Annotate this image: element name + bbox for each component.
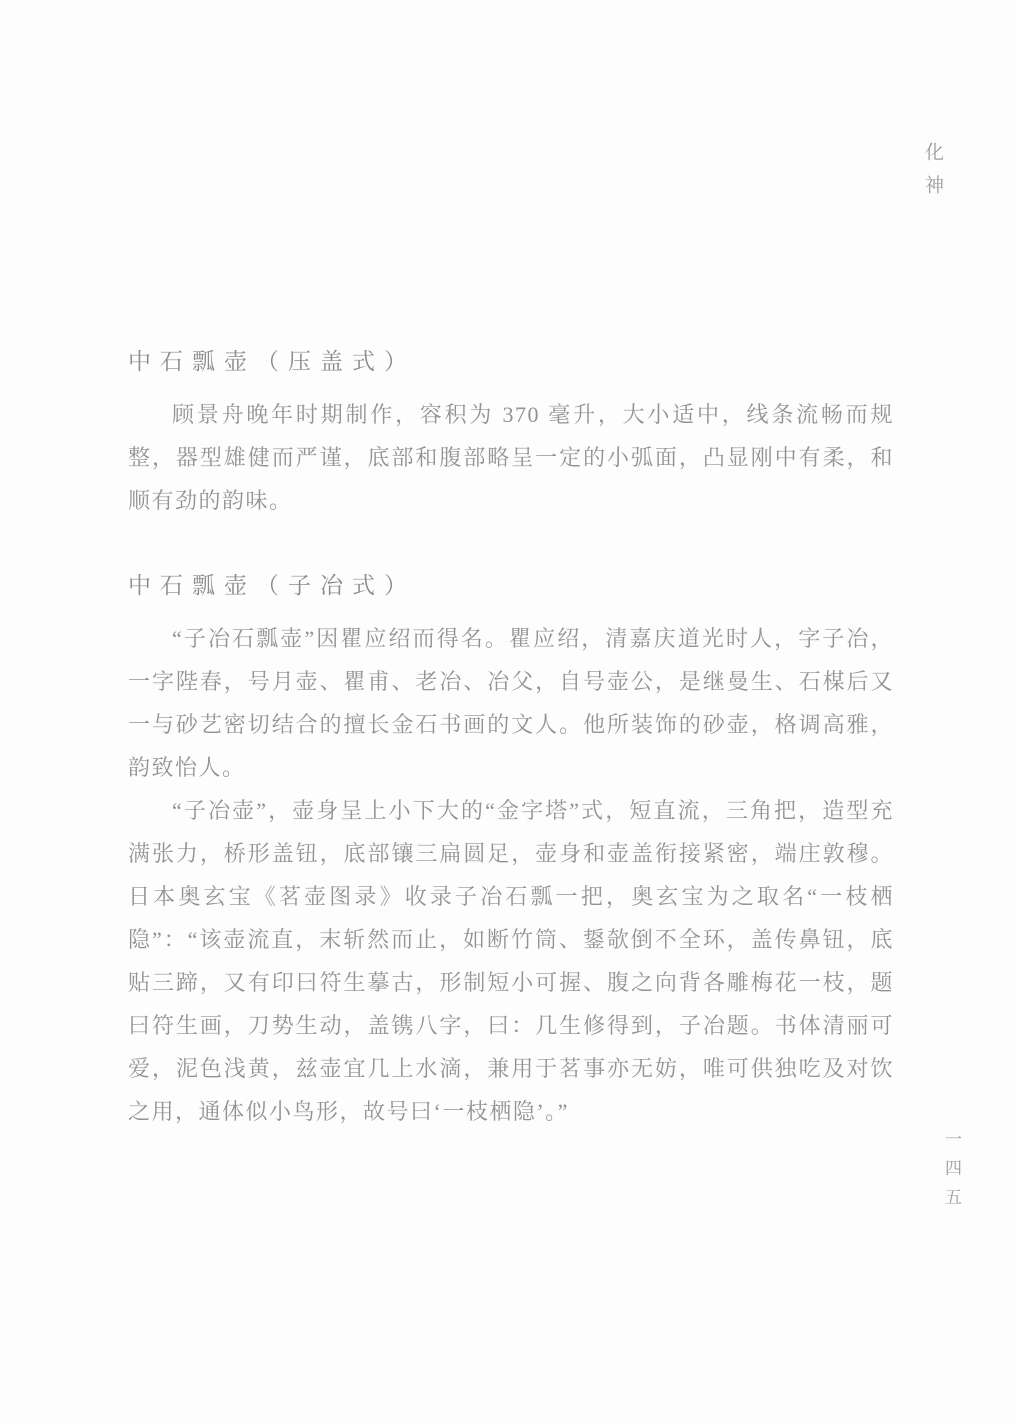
page-number: 一四五	[939, 1130, 964, 1217]
section-ziye: 中石瓢壶（子冶式） “子冶石瓢壶”因瞿应绍而得名。瞿应绍，清嘉庆道光时人，字子冶…	[128, 564, 894, 1133]
section-paragraph: 顾景舟晚年时期制作，容积为 370 毫升，大小适中，线条流畅而规整，器型雄健而严…	[128, 393, 894, 522]
book-page: 化神 中石瓢壶（压盖式） 顾景舟晚年时期制作，容积为 370 毫升，大小适中，线…	[0, 0, 1016, 1424]
section-paragraph: “子冶石瓢壶”因瞿应绍而得名。瞿应绍，清嘉庆道光时人，字子冶，一字陛春，号月壶、…	[128, 617, 894, 789]
section-heading: 中石瓢壶（子冶式）	[128, 564, 894, 607]
section-yagai: 中石瓢壶（压盖式） 顾景舟晚年时期制作，容积为 370 毫升，大小适中，线条流畅…	[128, 340, 894, 522]
section-heading: 中石瓢壶（压盖式）	[128, 340, 894, 383]
page-content: 中石瓢壶（压盖式） 顾景舟晚年时期制作，容积为 370 毫升，大小适中，线条流畅…	[128, 340, 894, 1133]
running-head: 化神	[919, 142, 946, 208]
section-paragraph: “子冶壶”，壶身呈上小下大的“金字塔”式，短直流，三角把，造型充满张力，桥形盖钮…	[128, 789, 894, 1133]
